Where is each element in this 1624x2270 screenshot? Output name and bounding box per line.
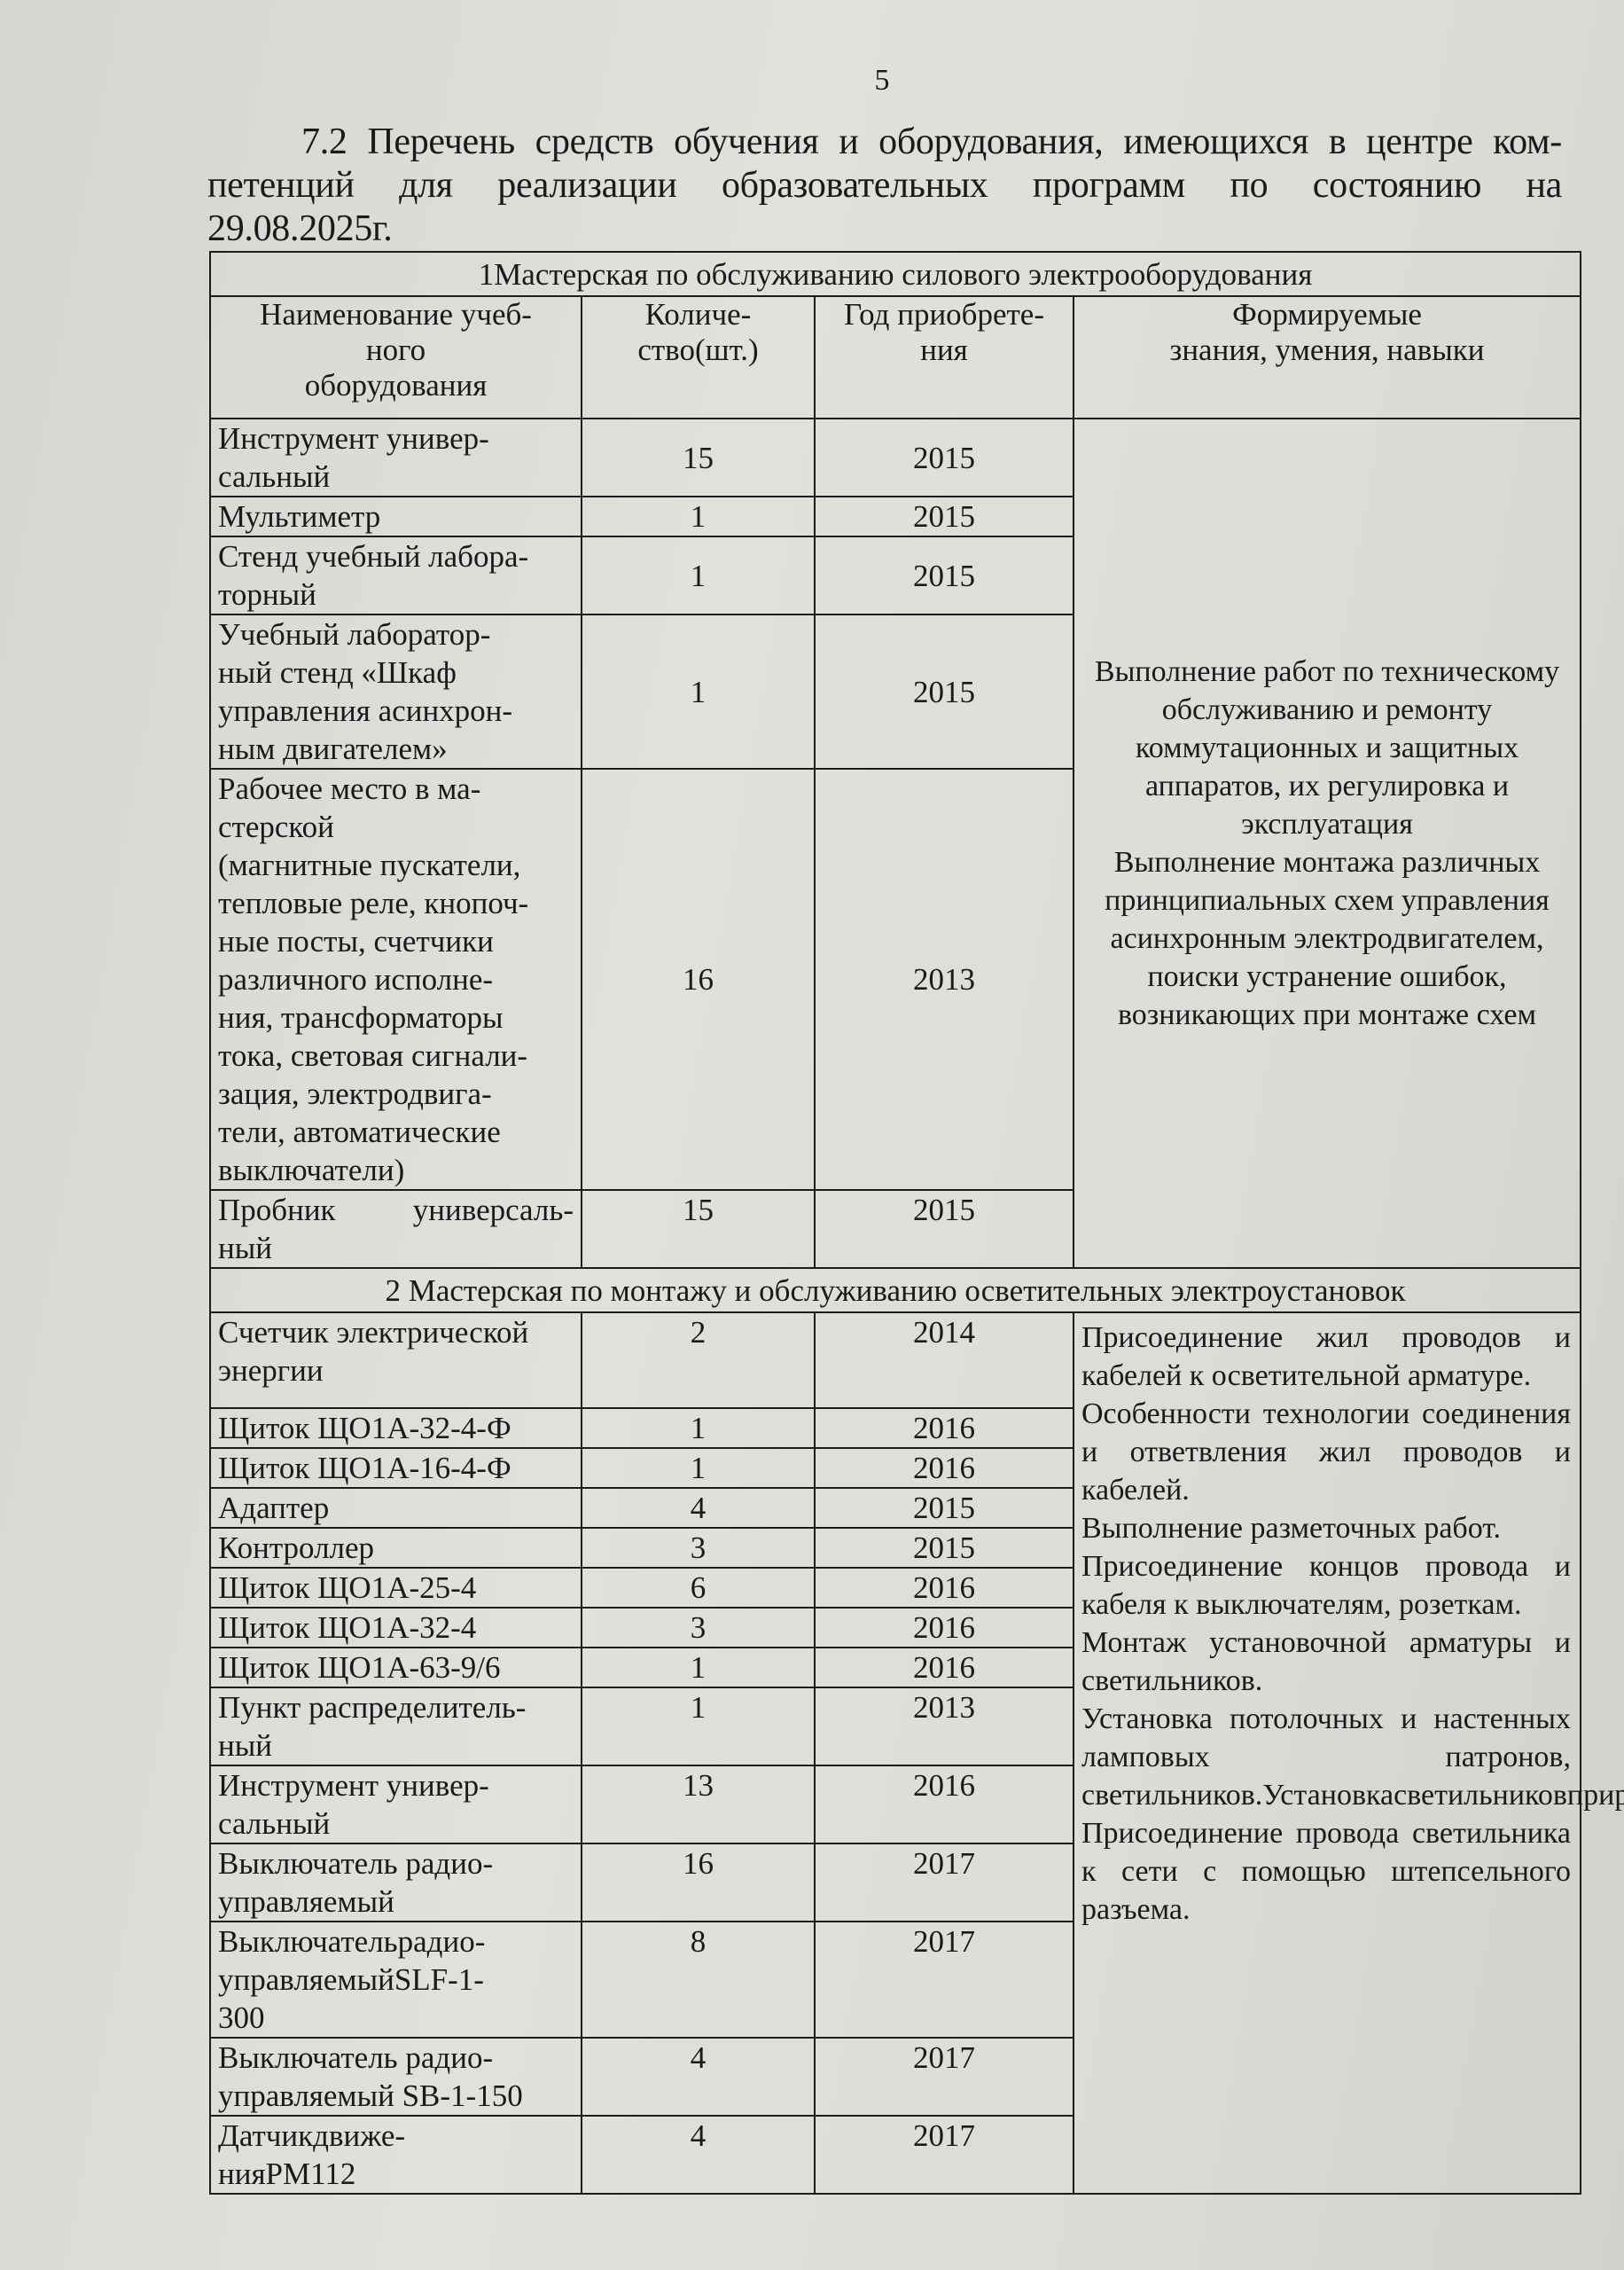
equipment-name-line: тели, автоматические	[218, 1113, 574, 1151]
equipment-name-line: Рабочее место в ма-	[218, 770, 574, 808]
equipment-name-line: Щиток ЩО1А-32-4-Ф	[218, 1409, 574, 1447]
table-row: Счетчик электрическойэнергии22014Присоед…	[210, 1312, 1581, 1408]
quantity-cell: 8	[582, 1922, 815, 2038]
equipment-name-line: энергии	[218, 1351, 574, 1389]
equipment-name-line: стерской	[218, 808, 574, 846]
equipment-table: 1Мастерская по обслуживанию силового эле…	[209, 251, 1581, 2195]
year-cell: 2016	[815, 1648, 1074, 1687]
equipment-name-line: Учебный лаборатор-	[218, 615, 574, 654]
column-header-quantity: Количе-ство(шт.)	[582, 296, 815, 419]
equipment-name-line: ные посты, счетчики	[218, 922, 574, 960]
equipment-name-line: тока, световая сигнали-	[218, 1037, 574, 1075]
equipment-name-line: управляемый	[218, 1883, 574, 1921]
year-cell: 2013	[815, 769, 1074, 1190]
equipment-name: Учебный лаборатор-ный стенд «Шкафуправле…	[210, 614, 582, 769]
equipment-name-line: (магнитные пускатели,	[218, 846, 574, 884]
year-cell: 2015	[815, 497, 1074, 536]
equipment-name-line: управляемыйSLF-1-	[218, 1961, 574, 1999]
column-header-line: знания, умения, навыки	[1081, 333, 1573, 368]
equipment-name-line: Пункт распределитель-	[218, 1688, 574, 1726]
year-cell: 2015	[815, 419, 1074, 497]
equipment-name-line: торный	[218, 575, 574, 614]
equipment-name-line: Выключатель радио-	[218, 2039, 574, 2077]
skills-cell: Выполнение работ по техническому обслужи…	[1074, 419, 1581, 1268]
quantity-cell: 4	[582, 2116, 815, 2194]
year-cell: 2013	[815, 1687, 1074, 1765]
equipment-name-line: Пробник универсаль-	[218, 1191, 574, 1229]
page-number: 5	[0, 64, 1624, 98]
year-cell: 2017	[815, 2038, 1074, 2116]
equipment-name-line: ный стенд «Шкаф	[218, 654, 574, 692]
equipment-name: Пункт распределитель-ный	[210, 1687, 582, 1765]
equipment-name-line: ния, трансформаторы	[218, 998, 574, 1037]
equipment-name-line: Щиток ЩО1А-16-4-Ф	[218, 1449, 574, 1487]
column-header-year: Год приобрете-ния	[815, 296, 1074, 419]
equipment-name-line: Выключатель радио-	[218, 1844, 574, 1883]
year-cell: 2015	[815, 614, 1074, 769]
column-header-name: Наименование учеб-ногооборудования	[210, 296, 582, 419]
equipment-name: Мультиметр	[210, 497, 582, 536]
equipment-name-line: 300	[218, 1999, 574, 2037]
equipment-name-line: выключатели)	[218, 1151, 574, 1189]
heading-line: 7.2 Перечень средств обучения и оборудов…	[207, 121, 1562, 164]
column-header-line: Год приобрете-	[823, 297, 1066, 333]
quantity-cell: 15	[582, 419, 815, 497]
section-title: 2 Мастерская по монтажу и обслуживанию о…	[210, 1268, 1581, 1312]
equipment-name-line: Стенд учебный лабора-	[218, 537, 574, 575]
quantity-cell: 15	[582, 1190, 815, 1268]
equipment-name: Контроллер	[210, 1528, 582, 1568]
equipment-name-line: нияPM112	[218, 2155, 574, 2193]
skill-item: Монтаж установочной арматуры и светильни…	[1081, 1624, 1571, 1700]
equipment-name-line: Счетчик электрической	[218, 1313, 574, 1351]
equipment-name: Датчикдвиже-нияPM112	[210, 2116, 582, 2194]
quantity-cell: 2	[582, 1312, 815, 1408]
equipment-name-line: Адаптер	[218, 1489, 574, 1527]
year-cell: 2016	[815, 1765, 1074, 1843]
skill-item: Выполнение разметочных работ.	[1081, 1509, 1571, 1547]
skill-item: Присоединение концов провода и кабеля к …	[1081, 1547, 1571, 1624]
quantity-cell: 3	[582, 1528, 815, 1568]
equipment-name-line: Инструмент универ-	[218, 1766, 574, 1804]
skill-item: Выполнение монтажа различных принципиаль…	[1080, 843, 1574, 1034]
equipment-name-line: управления асинхрон-	[218, 692, 574, 730]
equipment-name: Инструмент универ-сальный	[210, 419, 582, 497]
column-header-line: оборудования	[218, 368, 574, 403]
quantity-cell: 16	[582, 769, 815, 1190]
equipment-name-line: сальный	[218, 1804, 574, 1843]
table-row: Инструмент универ-сальный152015Выполнени…	[210, 419, 1581, 497]
equipment-name-line: зация, электродвига-	[218, 1075, 574, 1113]
equipment-name-line: Щиток ЩО1А-32-4	[218, 1609, 574, 1647]
equipment-name: Щиток ЩО1А-63-9/6	[210, 1648, 582, 1687]
year-cell: 2016	[815, 1568, 1074, 1608]
quantity-cell: 6	[582, 1568, 815, 1608]
equipment-name-line: управляемый SB-1-150	[218, 2077, 574, 2115]
section-title-row: 1Мастерская по обслуживанию силового эле…	[210, 252, 1581, 296]
equipment-name: Щиток ЩО1А-32-4	[210, 1608, 582, 1648]
equipment-name-line: Инструмент универ-	[218, 419, 574, 458]
equipment-name-line: Щиток ЩО1А-25-4	[218, 1569, 574, 1607]
skill-item: Присоединение жил проводов и кабелей к о…	[1081, 1319, 1571, 1395]
year-cell: 2016	[815, 1448, 1074, 1488]
quantity-cell: 3	[582, 1608, 815, 1648]
equipment-name: Выключатель радио-управляемый	[210, 1843, 582, 1922]
quantity-cell: 13	[582, 1765, 815, 1843]
equipment-name-line: Щиток ЩО1А-63-9/6	[218, 1648, 574, 1687]
skill-item: Присоединение провода светильника к сети…	[1081, 1814, 1571, 1929]
equipment-name: Выключатель радио-управляемый SB-1-150	[210, 2038, 582, 2116]
column-header-line: Формируемые	[1081, 297, 1573, 333]
equipment-name-line: Мультиметр	[218, 497, 574, 536]
year-cell: 2017	[815, 1843, 1074, 1922]
quantity-cell: 4	[582, 2038, 815, 2116]
equipment-name: Рабочее место в ма-стерской(магнитные пу…	[210, 769, 582, 1190]
section-title: 1Мастерская по обслуживанию силового эле…	[210, 252, 1581, 296]
quantity-cell: 1	[582, 1408, 815, 1448]
quantity-cell: 1	[582, 497, 815, 536]
equipment-name: Инструмент универ-сальный	[210, 1765, 582, 1843]
equipment-name: Щиток ЩО1А-32-4-Ф	[210, 1408, 582, 1448]
quantity-cell: 1	[582, 1648, 815, 1687]
year-cell: 2016	[815, 1608, 1074, 1648]
quantity-cell: 16	[582, 1843, 815, 1922]
equipment-name-line: ный	[218, 1229, 574, 1267]
year-cell: 2014	[815, 1312, 1074, 1408]
equipment-name: Выключательрадио-управляемыйSLF-1-300	[210, 1922, 582, 2038]
skill-item: Выполнение работ по техническому обслужи…	[1080, 653, 1574, 843]
heading-line: 29.08.2025г.	[207, 207, 1562, 251]
column-header-line: Наименование учеб-	[218, 297, 574, 333]
column-header-skills: Формируемыезнания, умения, навыки	[1074, 296, 1581, 419]
year-cell: 2017	[815, 2116, 1074, 2194]
section-title-row: 2 Мастерская по монтажу и обслуживанию о…	[210, 1268, 1581, 1312]
skill-item: Особенности технологии соединения и отве…	[1081, 1395, 1571, 1509]
equipment-name: Щиток ЩО1А-25-4	[210, 1568, 582, 1608]
quantity-cell: 1	[582, 1448, 815, 1488]
equipment-name-line: различного исполне-	[218, 960, 574, 998]
column-header-line: ния	[823, 333, 1066, 368]
quantity-cell: 1	[582, 536, 815, 614]
equipment-name: Адаптер	[210, 1488, 582, 1528]
equipment-name-line: Контроллер	[218, 1529, 574, 1567]
column-header-row: Наименование учеб-ногооборудованияКоличе…	[210, 296, 1581, 419]
equipment-name-line: Выключательрадио-	[218, 1922, 574, 1961]
equipment-name-line: ный	[218, 1726, 574, 1765]
year-cell: 2015	[815, 536, 1074, 614]
equipment-name-line: тепловые реле, кнопоч-	[218, 884, 574, 922]
quantity-cell: 4	[582, 1488, 815, 1528]
equipment-name-line: сальный	[218, 458, 574, 496]
equipment-name: Щиток ЩО1А-16-4-Ф	[210, 1448, 582, 1488]
column-header-line: ство(шт.)	[589, 333, 807, 368]
year-cell: 2015	[815, 1488, 1074, 1528]
quantity-cell: 1	[582, 1687, 815, 1765]
equipment-name: Пробник универсаль-ный	[210, 1190, 582, 1268]
column-header-line: ного	[218, 333, 574, 368]
equipment-name-line: ным двигателем»	[218, 730, 574, 768]
equipment-name-line: Датчикдвиже-	[218, 2117, 574, 2155]
year-cell: 2015	[815, 1190, 1074, 1268]
section-heading: 7.2 Перечень средств обучения и оборудов…	[207, 121, 1562, 251]
skills-cell: Присоединение жил проводов и кабелей к о…	[1074, 1312, 1581, 2194]
column-header-line: Количе-	[589, 297, 807, 333]
skill-item: Установка потолочных и настенных ламповы…	[1081, 1700, 1571, 1814]
equipment-name: Счетчик электрическойэнергии	[210, 1312, 582, 1408]
heading-line: петенций для реализации образовательных …	[207, 164, 1562, 207]
year-cell: 2016	[815, 1408, 1074, 1448]
year-cell: 2015	[815, 1528, 1074, 1568]
equipment-name: Стенд учебный лабора-торный	[210, 536, 582, 614]
quantity-cell: 1	[582, 614, 815, 769]
year-cell: 2017	[815, 1922, 1074, 2038]
